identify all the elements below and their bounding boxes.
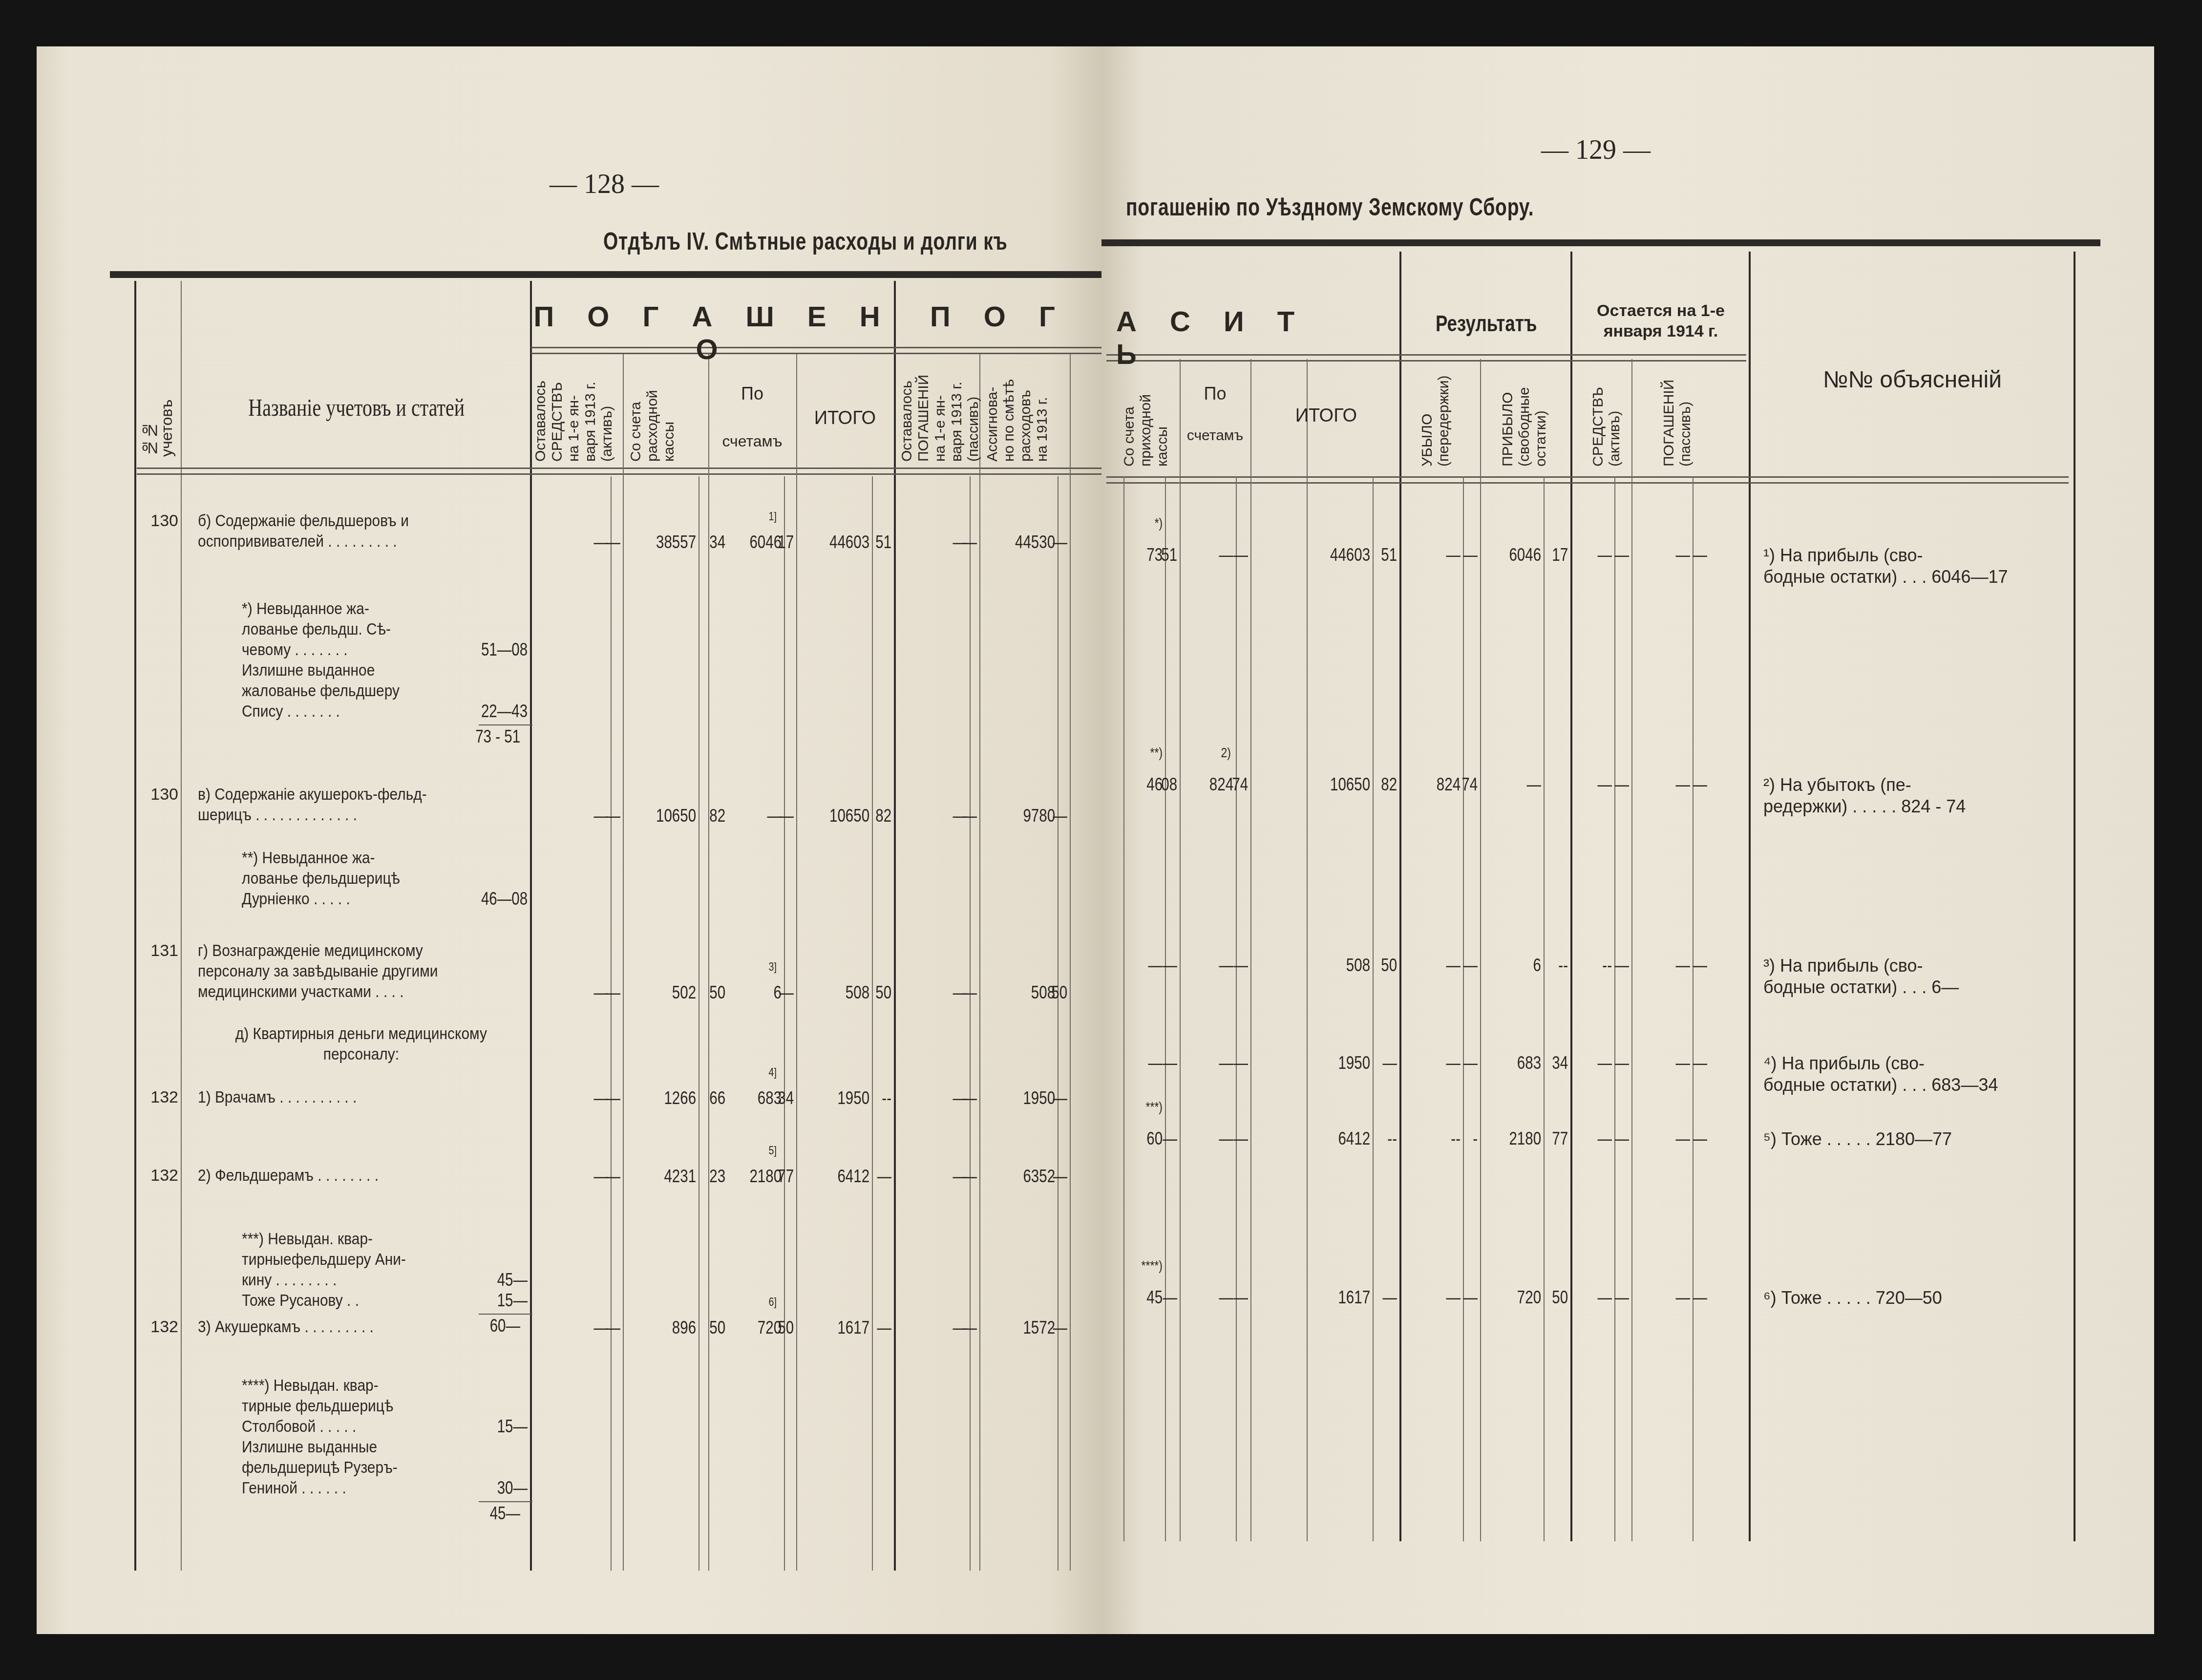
- cell-schet-kop: 77: [778, 1166, 794, 1187]
- table-border: [134, 281, 136, 1571]
- cell-prihod-kop: 08: [1161, 774, 1177, 795]
- right-page: — 129 — погашенію по Уѣздному Земскому С…: [1101, 46, 2154, 1634]
- cell-pogash: —: [1675, 1053, 1690, 1073]
- explanation: ⁵) Тоже . . . . . 2180—77: [1763, 1128, 2066, 1150]
- header-itogo: ИТОГО: [799, 408, 891, 429]
- cell-ubylo-kop: —: [1463, 545, 1478, 565]
- cell-itogo: 508: [1346, 955, 1370, 976]
- cell-rashod: 4231: [664, 1166, 696, 1187]
- cell-itogo-kop: 50: [875, 982, 891, 1003]
- cell-schet: 824: [1209, 774, 1233, 795]
- explanation: ²) На убытокъ (пе- редержки) . . . . . 8…: [1763, 774, 2066, 817]
- cell-sredstv-kop: —: [1614, 545, 1629, 565]
- sum-rule: [479, 724, 532, 725]
- cell-pribylo-kop: 77: [1552, 1128, 1568, 1149]
- cell-itogo-kop: 51: [1381, 545, 1397, 565]
- note-amount: 22—43: [481, 701, 528, 722]
- cell-rashod-kop: 50: [709, 982, 725, 1003]
- cell-pribylo: —: [1526, 774, 1541, 795]
- cell-rashod: 10650: [656, 806, 696, 826]
- left-page: — 128 — Отдѣлъ IV. Смѣтные расходы и дол…: [37, 46, 1104, 1634]
- cell-passiv-kop: —: [962, 982, 977, 1003]
- footnote-ref: 3]: [769, 960, 777, 974]
- note-amount: 15—: [497, 1416, 528, 1437]
- footnote-ref: 4]: [769, 1066, 777, 1080]
- cell-itogo: 1950: [1338, 1053, 1370, 1073]
- cell-itogo-kop: 51: [875, 532, 891, 553]
- cell-rashod-kop: 82: [709, 806, 725, 826]
- note-amount: 46—08: [481, 889, 528, 909]
- cell-aktiv-kop: —: [606, 1166, 620, 1187]
- cell-schet: 6046: [749, 532, 782, 553]
- cell-pogash: —: [1675, 955, 1690, 976]
- cell-schet-kop: 50: [778, 1318, 794, 1338]
- header-assignovano: Ассигнова- но по смѣтѣ расходовъ на 1913…: [984, 359, 1051, 462]
- cell-pribylo: 2180: [1509, 1128, 1541, 1149]
- cell-pogash-kop: —: [1693, 1053, 1707, 1073]
- cell-prihod: —: [1148, 1053, 1163, 1073]
- cell-prihod-kop: —: [1163, 1053, 1177, 1073]
- row-ref-mark: **): [1150, 745, 1163, 761]
- cell-itogo-kop: —: [877, 1318, 891, 1338]
- cell-ubylo-kop: —: [1463, 1287, 1478, 1308]
- header-ubylo: УБЫЛО (передержки): [1419, 364, 1452, 467]
- header-pogasheno: П О Г А Ш Е Н О: [532, 300, 894, 366]
- cell-pribylo-kop: 34: [1552, 1053, 1568, 1073]
- cell-passiv-kop: —: [962, 1088, 977, 1108]
- cell-itogo-kop: 82: [1381, 774, 1397, 795]
- cell-schet-kop: —: [1233, 1053, 1248, 1073]
- cell-itogo-kop: --: [1387, 1128, 1397, 1149]
- cell-itogo: 6412: [1338, 1128, 1370, 1149]
- cell-sredstv-kop: —: [1614, 1287, 1629, 1308]
- note-total: 73 - 51: [475, 726, 520, 747]
- cell-schet-kop: —: [779, 982, 794, 1003]
- cell-schet-kop: —: [1233, 955, 1248, 976]
- cell-ubylo: --: [1451, 1128, 1461, 1149]
- account-number: 131: [134, 940, 178, 961]
- note-amount: 51—08: [481, 639, 528, 660]
- cell-itogo-kop: 82: [875, 806, 891, 826]
- cell-rashod-kop: 50: [709, 1318, 725, 1338]
- cell-sredstv-kop: —: [1614, 955, 1629, 976]
- cell-assign: 9780: [1023, 806, 1055, 826]
- cell-pribylo-kop: --: [1558, 955, 1568, 976]
- cell-assign: 6352: [1023, 1166, 1055, 1187]
- cell-ubylo: —: [1446, 1287, 1461, 1308]
- cell-rashod: 1266: [664, 1088, 696, 1108]
- page-number: — 128 —: [550, 169, 659, 200]
- cell-rashod-kop: 34: [709, 532, 725, 553]
- cell-aktiv-kop: —: [606, 1088, 620, 1108]
- top-rule: [110, 271, 1104, 278]
- sum-rule: [479, 1314, 532, 1315]
- cell-aktiv-kop: —: [606, 532, 620, 553]
- cell-sredstv: --: [1602, 955, 1612, 976]
- cell-sredstv: —: [1597, 1053, 1612, 1073]
- note-amount: 15—: [497, 1290, 528, 1311]
- cell-itogo: 6412: [837, 1166, 869, 1187]
- cell-sredstv: —: [1597, 545, 1612, 565]
- cell-pribylo: 6: [1533, 955, 1541, 976]
- cell-schet-kop: —: [1233, 1287, 1248, 1308]
- header-name: Названіе учетовъ и статей: [249, 393, 465, 422]
- header-rule: [137, 468, 1104, 475]
- cell-pogash: —: [1675, 774, 1690, 795]
- cell-schet: —: [1219, 545, 1233, 565]
- header-ostaetsya: Остается на 1-е января 1914 г.: [1573, 300, 1749, 341]
- cell-schet-kop: —: [1233, 1128, 1248, 1149]
- cell-prihod-kop: —: [1163, 1287, 1177, 1308]
- cell-prihod: 45: [1146, 1287, 1163, 1308]
- cell-itogo: 44603: [1330, 545, 1370, 565]
- cell-itogo-kop: —: [1382, 1287, 1397, 1308]
- cell-sredstv: —: [1597, 774, 1612, 795]
- header-account-no: №№ учетовъ: [142, 364, 175, 457]
- cell-assign-kop: 50: [1051, 982, 1067, 1003]
- item-name: 1) Врачамъ . . . . . . . . . .: [198, 1087, 525, 1107]
- item-name: 3) Акушеркамъ . . . . . . . . .: [198, 1317, 525, 1337]
- note-amount: 45—: [497, 1270, 528, 1290]
- cell-assign-kop: —: [1053, 1088, 1067, 1108]
- footnote-note: *) Невыданное жа- лованье фельдш. Сѣ- че…: [242, 598, 457, 722]
- cell-passiv-kop: —: [962, 806, 977, 826]
- cell-sredstv: —: [1597, 1128, 1612, 1149]
- header-explanations: №№ объясненій: [1751, 366, 2074, 393]
- section-title-continued: погашенію по Уѣздному Земскому Сбору.: [1126, 193, 1534, 221]
- cell-schet: —: [1219, 1053, 1233, 1073]
- cell-ubylo-kop: —: [1463, 955, 1478, 976]
- footnote-ref: 1]: [769, 510, 777, 524]
- cell-schet-kop: 17: [778, 532, 794, 553]
- account-number: 132: [134, 1317, 178, 1337]
- header-so-scheta-rashodnoy: Со счета расходной кассы: [628, 364, 678, 462]
- cell-prihod: —: [1148, 955, 1163, 976]
- cell-pribylo: 683: [1517, 1053, 1541, 1073]
- footnote-ref: 6]: [769, 1296, 777, 1309]
- top-rule: [1101, 239, 2100, 246]
- cell-assign: 1572: [1023, 1318, 1055, 1338]
- cell-aktiv-kop: —: [606, 982, 620, 1003]
- cell-ubylo: 824: [1437, 774, 1461, 795]
- header-ostavalos-sredstv: Оставалось СРЕДСТВЪ на 1-е ян- варя 1913…: [532, 359, 615, 462]
- cell-rashod: 38557: [656, 532, 696, 553]
- explanation: ¹) На прибыль (сво- бодные остатки) . . …: [1763, 545, 2066, 588]
- cell-ubylo: —: [1446, 1053, 1461, 1073]
- cell-pogash: —: [1675, 1128, 1690, 1149]
- footnote-note: ****) Невыдан. квар- тирные фельдшерицѣ …: [242, 1375, 457, 1498]
- item-name: в) Содержаніе акушерокъ-фельд- шерицъ . …: [198, 784, 525, 825]
- cell-itogo: 1950: [837, 1088, 869, 1108]
- cell-prihod-kop: —: [1163, 955, 1177, 976]
- account-number: 130: [134, 784, 178, 805]
- cell-rashod-kop: 23: [709, 1166, 725, 1187]
- cell-ubylo: —: [1446, 545, 1461, 565]
- cell-pribylo: 6046: [1509, 545, 1541, 565]
- row-ref-mark: ****): [1142, 1258, 1163, 1274]
- cell-itogo: 10650: [1330, 774, 1370, 795]
- cell-schet-kop: 74: [1232, 774, 1248, 795]
- cell-pogash-kop: —: [1693, 1128, 1707, 1149]
- sum-rule: [479, 1501, 532, 1502]
- row-ref-mark: ***): [1146, 1099, 1163, 1115]
- cell-itogo: 1617: [1338, 1287, 1370, 1308]
- cell-sredstv-kop: —: [1614, 1128, 1629, 1149]
- cell-itogo: 1617: [837, 1318, 869, 1338]
- cell-assign: 1950: [1023, 1088, 1055, 1108]
- cell-prihod: 60: [1146, 1128, 1163, 1149]
- cell-pogash: —: [1675, 1287, 1690, 1308]
- cell-pribylo-kop: 50: [1552, 1287, 1568, 1308]
- header-so-scheta-prihodnoy: Со счета приходной кассы: [1121, 364, 1171, 467]
- header-sredstv: СРЕДСТВЪ (активъ): [1590, 364, 1623, 467]
- cell-rashod-kop: 66: [709, 1088, 725, 1108]
- cell-itogo-kop: —: [877, 1166, 891, 1187]
- cell-assign: 44530: [1015, 532, 1055, 553]
- header-result: Результатъ: [1436, 310, 1537, 337]
- item-name: 2) Фельдшерамъ . . . . . . . .: [198, 1165, 525, 1186]
- header-pog-partial: П О Г: [896, 300, 1101, 333]
- cell-pogash-kop: —: [1693, 1287, 1707, 1308]
- header-asit: А С И Т Ь: [1106, 305, 1312, 371]
- explanation: ⁶) Тоже . . . . . 720—50: [1763, 1287, 2066, 1309]
- cell-schet-kop: —: [779, 806, 794, 826]
- cell-itogo: 44603: [829, 532, 869, 553]
- header-itogo: ИТОГО: [1253, 405, 1399, 426]
- cell-pogash: —: [1675, 545, 1690, 565]
- header-pogasheniy: ПОГАШЕНІЙ (пассивъ): [1661, 364, 1694, 467]
- cell-schet: —: [1219, 1287, 1233, 1308]
- header-ostavalos-pogasheniy: Оставалось ПОГАШЕНІЙ на 1-е ян- варя 191…: [899, 359, 982, 462]
- cell-ubylo-kop: 74: [1461, 774, 1478, 795]
- item-name: г) Вознагражденіе медицинскому персоналу…: [198, 940, 525, 1002]
- cell-prihod-kop: 51: [1161, 545, 1177, 565]
- cell-pribylo-kop: 17: [1552, 545, 1568, 565]
- account-number: 132: [134, 1087, 178, 1107]
- header-po: По: [711, 383, 794, 404]
- cell-itogo-kop: 50: [1381, 955, 1397, 976]
- explanation: ⁴) На прибыль (сво- бодные остатки) . . …: [1763, 1053, 2066, 1096]
- cell-aktiv-kop: —: [606, 806, 620, 826]
- cell-ubylo-kop: —: [1463, 1053, 1478, 1073]
- cell-rashod: 502: [672, 982, 696, 1003]
- cell-prihod-kop: —: [1163, 1128, 1177, 1149]
- note-total: 45—: [490, 1503, 520, 1524]
- cell-schet-kop: —: [1233, 545, 1248, 565]
- page-number: — 129 —: [1541, 134, 1651, 166]
- cell-itogo: 10650: [829, 806, 869, 826]
- cell-pogash-kop: —: [1693, 955, 1707, 976]
- cell-pogash-kop: —: [1693, 545, 1707, 565]
- header-pribylo: ПРИБЫЛО (свободные остатки): [1500, 364, 1549, 467]
- footnote-note: ***) Невыдан. квар- тирныефельдшеру Ани-…: [242, 1229, 457, 1311]
- header-schetam: счетамъ: [711, 432, 794, 450]
- footnote-ref: 2): [1221, 745, 1231, 761]
- cell-sredstv-kop: —: [1614, 1053, 1629, 1073]
- section-title: Отдѣлъ IV. Смѣтные расходы и долги къ: [603, 227, 1008, 255]
- cell-assign-kop: —: [1053, 1318, 1067, 1338]
- cell-pogash-kop: —: [1693, 774, 1707, 795]
- header-po: По: [1182, 383, 1248, 404]
- cell-passiv-kop: —: [962, 1166, 977, 1187]
- cell-prihod: 46: [1146, 774, 1163, 795]
- cell-aktiv-kop: —: [606, 1318, 620, 1338]
- cell-passiv-kop: —: [962, 532, 977, 553]
- cell-assign-kop: —: [1053, 532, 1067, 553]
- cell-itogo-kop: —: [1382, 1053, 1397, 1073]
- account-number: 130: [134, 510, 178, 531]
- cell-pribylo: 720: [1517, 1287, 1541, 1308]
- cell-schet-kop: 34: [778, 1088, 794, 1108]
- cell-assign-kop: —: [1053, 806, 1067, 826]
- row-ref-mark: *): [1154, 515, 1163, 531]
- cell-prihod: 73: [1146, 545, 1163, 565]
- header-schetam: счетамъ: [1182, 427, 1248, 444]
- footnote-ref: 5]: [769, 1144, 777, 1158]
- cell-itogo-kop: --: [882, 1088, 891, 1108]
- footnote-note: **) Невыданное жа- лованье фельдшерицѣ Д…: [242, 848, 457, 909]
- cell-ubylo: —: [1446, 955, 1461, 976]
- cell-sredstv: —: [1597, 1287, 1612, 1308]
- cell-passiv-kop: —: [962, 1318, 977, 1338]
- cell-itogo: 508: [846, 982, 869, 1003]
- cell-rashod: 896: [672, 1318, 696, 1338]
- cell-schet: —: [1219, 955, 1233, 976]
- cell-schet: —: [1219, 1128, 1233, 1149]
- cell-ubylo-kop: -: [1473, 1128, 1478, 1149]
- note-amount: 30—: [497, 1478, 528, 1498]
- item-name: б) Содержаніе фельдшеровъ и оспопрививат…: [198, 510, 525, 552]
- section-heading: д) Квартирныя деньги медицинскому персон…: [198, 1023, 525, 1064]
- cell-sredstv-kop: —: [1614, 774, 1629, 795]
- cell-assign-kop: —: [1053, 1166, 1067, 1187]
- cell-schet: 2180: [749, 1166, 782, 1187]
- explanation: ³) На прибыль (сво- бодные остатки) . . …: [1763, 955, 2066, 998]
- account-number: 132: [134, 1165, 178, 1186]
